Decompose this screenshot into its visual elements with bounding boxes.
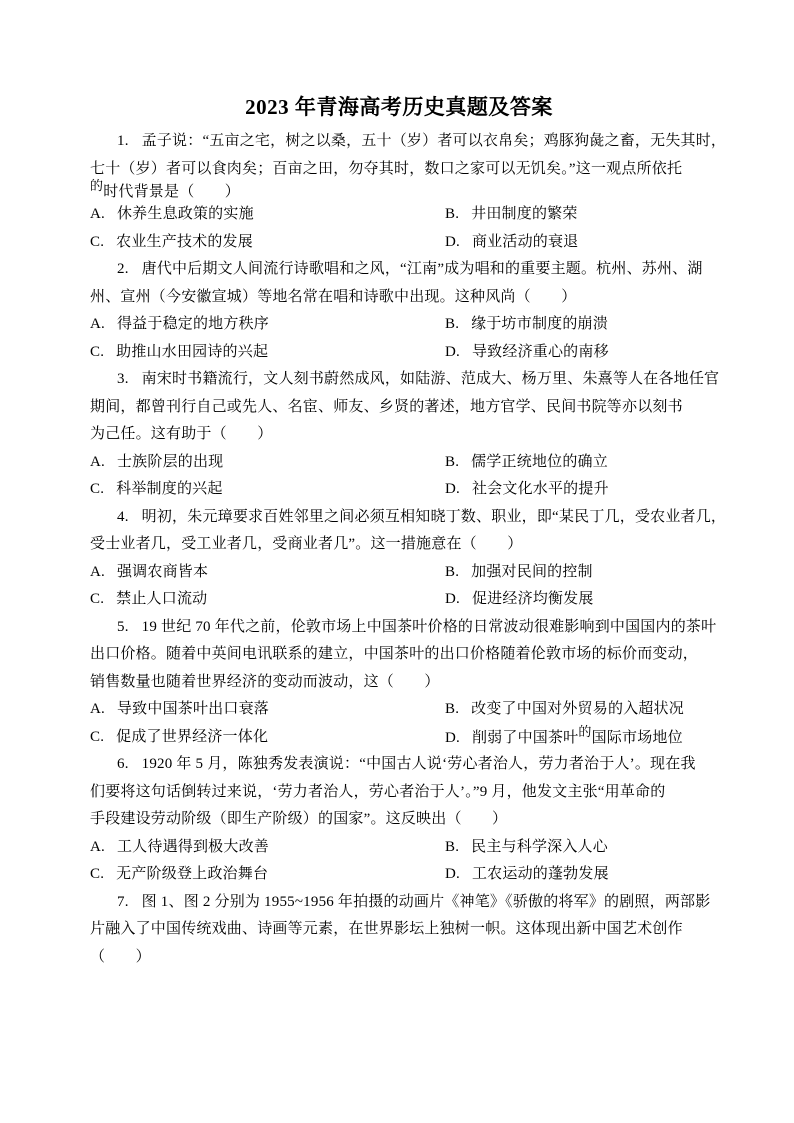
stem-text: 七十（岁）者可以食肉矣；百亩之田，勿夺其时，数口之家可以无饥矣。”这一观点所依托 bbox=[90, 161, 682, 177]
option-text: 强调农商皆本 bbox=[117, 564, 208, 580]
option-item: B.儒学正统地位的确立 bbox=[445, 454, 608, 470]
raised-char: 的 bbox=[90, 178, 103, 193]
question-number: 7. bbox=[117, 894, 129, 910]
option-label: B. bbox=[445, 206, 459, 222]
stem-text: 受士业者几，受工业者几，受商业者几”。这一措施意在（ ） bbox=[90, 536, 522, 552]
option-label: B. bbox=[445, 316, 459, 332]
option-text: 民主与科学深入人心 bbox=[471, 839, 608, 855]
question-stem-line: 5.19 世纪 70 年代之前，伦敦市场上中国茶叶价格的日常波动很难影响到中国国… bbox=[90, 614, 708, 642]
option-label: C. bbox=[90, 866, 104, 882]
option-text: 农业生产技术的发展 bbox=[116, 234, 253, 250]
option-item: D.社会文化水平的提升 bbox=[445, 481, 609, 497]
question-stem-line: 7.图 1、图 2 分别为 1955~1956 年拍摄的动画片《神笔》《骄傲的将… bbox=[90, 889, 708, 917]
question-block: 4.明初，朱元璋要求百姓邻里之间必须互相知晓丁数、职业，即“某民丁几，受农业者几… bbox=[90, 504, 708, 614]
question-stem-line: 6.1920 年 5 月，陈独秀发表演说：“中国古人说‘劳心者治人，劳力者治于人… bbox=[90, 751, 708, 779]
stem-text: 明初，朱元璋要求百姓邻里之间必须互相知晓丁数、职业，即“某民丁几，受农业者几， bbox=[142, 509, 726, 525]
option-text: 加强对民间的控制 bbox=[471, 564, 593, 580]
option-text: 科举制度的兴起 bbox=[116, 481, 222, 497]
option-item: C.禁止人口流动 bbox=[90, 586, 445, 614]
options-row: A.士族阶层的出现B.儒学正统地位的确立 bbox=[90, 449, 708, 477]
option-label: C. bbox=[90, 729, 104, 745]
option-text: 禁止人口流动 bbox=[116, 591, 207, 607]
raised-char: 的 bbox=[578, 724, 591, 739]
option-item: A.士族阶层的出现 bbox=[90, 449, 445, 477]
question-block: 5.19 世纪 70 年代之前，伦敦市场上中国茶叶价格的日常波动很难影响到中国国… bbox=[90, 614, 708, 752]
option-item: C.促成了世界经济一体化 bbox=[90, 724, 445, 752]
option-label: B. bbox=[445, 701, 459, 717]
questions-list: 1.孟子说：“五亩之宅，树之以桑，五十（岁）者可以衣帛矣；鸡豚狗彘之畜，无失其时… bbox=[90, 128, 708, 971]
option-item: D.促进经济均衡发展 bbox=[445, 591, 594, 607]
option-item: B.加强对民间的控制 bbox=[445, 564, 593, 580]
question-block: 1.孟子说：“五亩之宅，树之以桑，五十（岁）者可以衣帛矣；鸡豚狗彘之畜，无失其时… bbox=[90, 128, 708, 256]
option-label: D. bbox=[445, 234, 460, 250]
question-stem-line: 2.唐代中后期文人间流行诗歌唱和之风，“江南”成为唱和的重要主题。杭州、苏州、湖 bbox=[90, 256, 708, 284]
options-row: C.科举制度的兴起D.社会文化水平的提升 bbox=[90, 476, 708, 504]
question-number: 2. bbox=[117, 261, 129, 277]
page-content: 2023 年青海高考历史真题及答案 1.孟子说：“五亩之宅，树之以桑，五十（岁）… bbox=[90, 94, 708, 971]
stem-text: 孟子说：“五亩之宅，树之以桑，五十（岁）者可以衣帛矣；鸡豚狗彘之畜，无失其时， bbox=[142, 133, 726, 149]
question-stem-line: 出口价格。随着中英间电讯联系的建立，中国茶叶的出口价格随着伦敦市场的标价而变动， bbox=[90, 641, 708, 669]
option-text: 助推山水田园诗的兴起 bbox=[116, 344, 268, 360]
option-item: C.无产阶级登上政治舞台 bbox=[90, 861, 445, 889]
option-item: A.导致中国茶叶出口衰落 bbox=[90, 696, 445, 724]
option-label: D. bbox=[445, 481, 460, 497]
option-label: A. bbox=[90, 454, 105, 470]
question-stem-line: 为己任。这有助于（ ） bbox=[90, 421, 708, 449]
options-row: A.工人待遇得到极大改善B.民主与科学深入人心 bbox=[90, 834, 708, 862]
question-stem-line: 们要将这句话倒转过来说，‘劳力者治人，劳心者治于人’。”9 月，他发文主张“用革… bbox=[90, 779, 708, 807]
stem-text: 州、宣州（今安徽宣城）等地名常在唱和诗歌中出现。这种风尚（ ） bbox=[90, 289, 576, 305]
option-item: C.科举制度的兴起 bbox=[90, 476, 445, 504]
option-label: C. bbox=[90, 344, 104, 360]
stem-text: 时代背景是（ ） bbox=[103, 184, 240, 200]
question-stem-line: 销售数量也随着世界经济的变动而波动，这（ ） bbox=[90, 669, 708, 697]
question-stem-line: 期间，都曾刊行自己或先人、名宦、师友、乡贤的著述，地方官学、民间书院等亦以刻书 bbox=[90, 394, 708, 422]
option-text: 社会文化水平的提升 bbox=[472, 481, 609, 497]
option-label: C. bbox=[90, 591, 104, 607]
option-item: D.削弱了中国茶叶的国际市场地位 bbox=[445, 730, 683, 746]
option-item: D.商业活动的衰退 bbox=[445, 234, 578, 250]
option-text: 无产阶级登上政治舞台 bbox=[116, 866, 268, 882]
option-text: 儒学正统地位的确立 bbox=[471, 454, 608, 470]
option-label: A. bbox=[90, 839, 105, 855]
question-number: 1. bbox=[117, 133, 129, 149]
options-row: A.休养生息政策的实施B.井田制度的繁荣 bbox=[90, 201, 708, 229]
question-stem-line: 3.南宋时书籍流行，文人刻书蔚然成风，如陆游、范成大、杨万里、朱熹等人在各地任官 bbox=[90, 366, 708, 394]
option-item: B.缘于坊市制度的崩溃 bbox=[445, 316, 608, 332]
option-label: D. bbox=[445, 591, 460, 607]
question-block: 2.唐代中后期文人间流行诗歌唱和之风，“江南”成为唱和的重要主题。杭州、苏州、湖… bbox=[90, 256, 708, 366]
options-row: A.导致中国茶叶出口衰落B.改变了中国对外贸易的入超状况 bbox=[90, 696, 708, 724]
option-item: A.休养生息政策的实施 bbox=[90, 201, 445, 229]
options-row: C.无产阶级登上政治舞台D.工农运动的蓬勃发展 bbox=[90, 861, 708, 889]
options-row: A.强调农商皆本B.加强对民间的控制 bbox=[90, 559, 708, 587]
question-stem-line: （ ） bbox=[90, 944, 708, 972]
stem-text: 出口价格。随着中英间电讯联系的建立，中国茶叶的出口价格随着伦敦市场的标价而变动， bbox=[90, 646, 698, 662]
option-item: D.导致经济重心的南移 bbox=[445, 344, 609, 360]
option-item: A.得益于稳定的地方秩序 bbox=[90, 311, 445, 339]
option-item: B.改变了中国对外贸易的入超状况 bbox=[445, 701, 684, 717]
document-page: 2023 年青海高考历史真题及答案 1.孟子说：“五亩之宅，树之以桑，五十（岁）… bbox=[0, 0, 794, 1123]
stem-text: 片融入了中国传统戏曲、诗画等元素，在世界影坛上独树一帜。这体现出新中国艺术创作 bbox=[90, 921, 683, 937]
page-title: 2023 年青海高考历史真题及答案 bbox=[90, 94, 708, 120]
option-text: 井田制度的繁荣 bbox=[471, 206, 577, 222]
question-stem-line: 1.孟子说：“五亩之宅，树之以桑，五十（岁）者可以衣帛矣；鸡豚狗彘之畜，无失其时… bbox=[90, 128, 708, 156]
option-item: A.强调农商皆本 bbox=[90, 559, 445, 587]
stem-text: 销售数量也随着世界经济的变动而波动，这（ ） bbox=[90, 674, 440, 690]
question-stem-line: 受士业者几，受工业者几，受商业者几”。这一措施意在（ ） bbox=[90, 531, 708, 559]
option-label: C. bbox=[90, 481, 104, 497]
option-text: 缘于坊市制度的崩溃 bbox=[471, 316, 608, 332]
option-text: 商业活动的衰退 bbox=[472, 234, 578, 250]
option-text: 促进经济均衡发展 bbox=[472, 591, 594, 607]
question-number: 3. bbox=[117, 371, 129, 387]
option-item: B.井田制度的繁荣 bbox=[445, 206, 578, 222]
question-block: 3.南宋时书籍流行，文人刻书蔚然成风，如陆游、范成大、杨万里、朱熹等人在各地任官… bbox=[90, 366, 708, 504]
option-text: 士族阶层的出现 bbox=[117, 454, 223, 470]
options-row: C.禁止人口流动D.促进经济均衡发展 bbox=[90, 586, 708, 614]
option-item: D.工农运动的蓬勃发展 bbox=[445, 866, 609, 882]
option-text: 国际市场地位 bbox=[592, 730, 683, 746]
stem-text: 手段建设劳动阶级（即生产阶级）的国家”。这反映出（ ） bbox=[90, 811, 507, 827]
option-label: B. bbox=[445, 454, 459, 470]
option-label: D. bbox=[445, 866, 460, 882]
option-item: C.助推山水田园诗的兴起 bbox=[90, 339, 445, 367]
stem-text: 图 1、图 2 分别为 1955~1956 年拍摄的动画片《神笔》《骄傲的将军》… bbox=[142, 894, 711, 910]
options-row: C.农业生产技术的发展D.商业活动的衰退 bbox=[90, 229, 708, 257]
stem-text: 为己任。这有助于（ ） bbox=[90, 426, 272, 442]
question-block: 7.图 1、图 2 分别为 1955~1956 年拍摄的动画片《神笔》《骄傲的将… bbox=[90, 889, 708, 972]
option-text: 得益于稳定的地方秩序 bbox=[117, 316, 269, 332]
stem-text: 期间，都曾刊行自己或先人、名宦、师友、乡贤的著述，地方官学、民间书院等亦以刻书 bbox=[90, 399, 683, 415]
option-text: 改变了中国对外贸易的入超状况 bbox=[471, 701, 684, 717]
option-item: B.民主与科学深入人心 bbox=[445, 839, 608, 855]
option-item: C.农业生产技术的发展 bbox=[90, 229, 445, 257]
stem-text: 南宋时书籍流行，文人刻书蔚然成风，如陆游、范成大、杨万里、朱熹等人在各地任官 bbox=[142, 371, 720, 387]
question-stem-line: 片融入了中国传统戏曲、诗画等元素，在世界影坛上独树一帜。这体现出新中国艺术创作 bbox=[90, 916, 708, 944]
question-stem-line: 州、宣州（今安徽宣城）等地名常在唱和诗歌中出现。这种风尚（ ） bbox=[90, 284, 708, 312]
options-row: A.得益于稳定的地方秩序B.缘于坊市制度的崩溃 bbox=[90, 311, 708, 339]
stem-text: 19 世纪 70 年代之前，伦敦市场上中国茶叶价格的日常波动很难影响到中国国内的… bbox=[142, 619, 717, 635]
option-label: B. bbox=[445, 839, 459, 855]
option-label: A. bbox=[90, 316, 105, 332]
option-text: 工农运动的蓬勃发展 bbox=[472, 866, 609, 882]
option-label: D. bbox=[445, 344, 460, 360]
option-label: D. bbox=[445, 730, 460, 746]
options-row: C.促成了世界经济一体化D.削弱了中国茶叶的国际市场地位 bbox=[90, 724, 708, 752]
option-label: A. bbox=[90, 564, 105, 580]
option-label: B. bbox=[445, 564, 459, 580]
stem-text: 们要将这句话倒转过来说，‘劳力者治人，劳心者治于人’。”9 月，他发文主张“用革… bbox=[90, 784, 665, 800]
question-block: 6.1920 年 5 月，陈独秀发表演说：“中国古人说‘劳心者治人，劳力者治于人… bbox=[90, 751, 708, 889]
options-row: C.助推山水田园诗的兴起D.导致经济重心的南移 bbox=[90, 339, 708, 367]
question-stem-line: 七十（岁）者可以食肉矣；百亩之田，勿夺其时，数口之家可以无饥矣。”这一观点所依托 bbox=[90, 156, 708, 184]
question-number: 5. bbox=[117, 619, 129, 635]
option-text: 削弱了中国茶叶 bbox=[472, 730, 578, 746]
option-label: C. bbox=[90, 234, 104, 250]
option-label: A. bbox=[90, 206, 105, 222]
option-text: 工人待遇得到极大改善 bbox=[117, 839, 269, 855]
stem-text: （ ） bbox=[90, 949, 151, 965]
question-number: 4. bbox=[117, 509, 129, 525]
question-stem-line: 4.明初，朱元璋要求百姓邻里之间必须互相知晓丁数、职业，即“某民丁几，受农业者几… bbox=[90, 504, 708, 532]
option-text: 促成了世界经济一体化 bbox=[116, 729, 268, 745]
option-text: 导致经济重心的南移 bbox=[472, 344, 609, 360]
stem-text: 唐代中后期文人间流行诗歌唱和之风，“江南”成为唱和的重要主题。杭州、苏州、湖 bbox=[142, 261, 703, 277]
option-item: A.工人待遇得到极大改善 bbox=[90, 834, 445, 862]
option-text: 休养生息政策的实施 bbox=[117, 206, 254, 222]
question-number: 6. bbox=[117, 756, 129, 772]
question-stem-line: 手段建设劳动阶级（即生产阶级）的国家”。这反映出（ ） bbox=[90, 806, 708, 834]
question-stem-line: 的时代背景是（ ） bbox=[90, 183, 708, 201]
stem-text: 1920 年 5 月，陈独秀发表演说：“中国古人说‘劳心者治人，劳力者治于人’。… bbox=[142, 756, 696, 772]
option-text: 导致中国茶叶出口衰落 bbox=[117, 701, 269, 717]
option-label: A. bbox=[90, 701, 105, 717]
